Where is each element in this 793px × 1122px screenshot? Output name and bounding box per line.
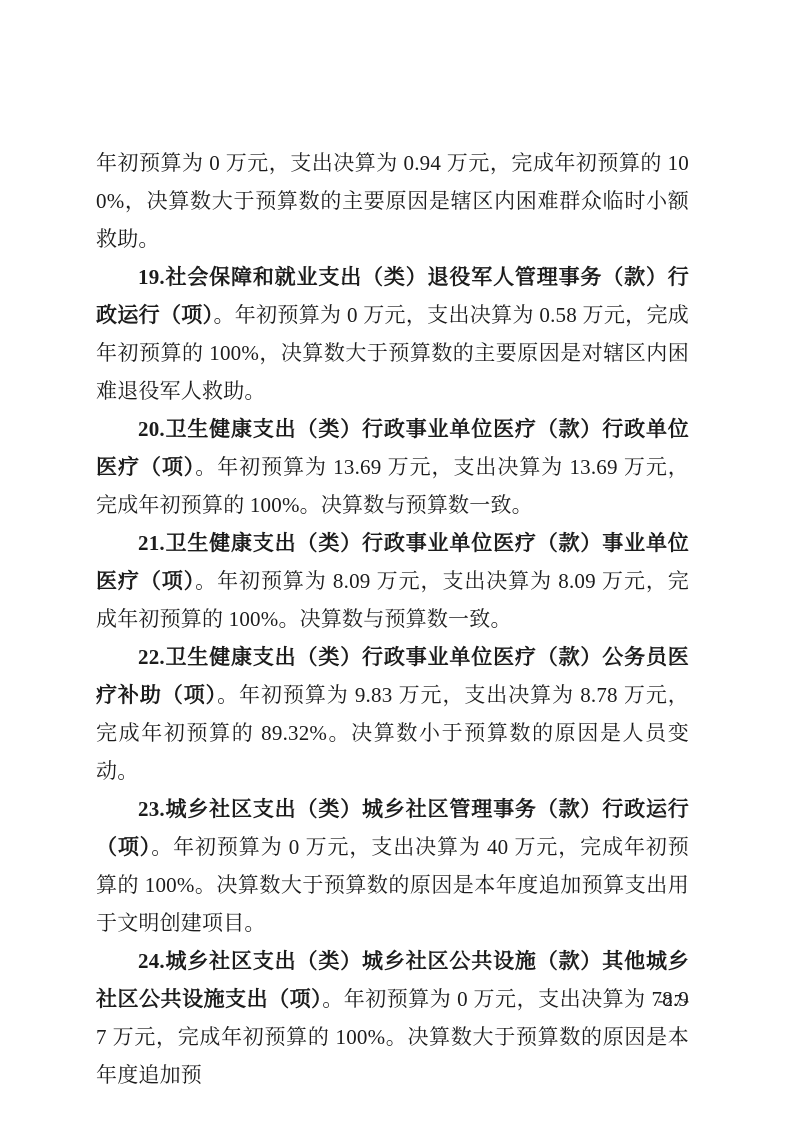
budget-item-23-body: 。年初预算为 0 万元，支出决算为 40 万元，完成年初预算的 100%。决算数… — [96, 835, 689, 935]
paragraph-continuation: 年初预算为 0 万元，支出决算为 0.94 万元，完成年初预算的 100%，决算… — [96, 144, 689, 258]
budget-item-20: 20.卫生健康支出（类）行政事业单位医疗（款）行政单位医疗（项）。年初预算为 1… — [96, 410, 689, 524]
budget-item-24: 24.城乡社区支出（类）城乡社区公共设施（款）其他城乡社区公共设施支出（项）。年… — [96, 942, 689, 1094]
budget-item-21: 21.卫生健康支出（类）行政事业单位医疗（款）事业单位医疗（项）。年初预算为 8… — [96, 524, 689, 638]
page-number: -27- — [658, 991, 690, 1011]
document-page: 年初预算为 0 万元，支出决算为 0.94 万元，完成年初预算的 100%，决算… — [0, 0, 793, 1122]
budget-item-19: 19.社会保障和就业支出（类）退役军人管理事务（款）行政运行（项）。年初预算为 … — [96, 258, 689, 410]
budget-item-22: 22.卫生健康支出（类）行政事业单位医疗（款）公务员医疗补助（项）。年初预算为 … — [96, 638, 689, 790]
paragraph-text: 年初预算为 0 万元，支出决算为 0.94 万元，完成年初预算的 100%，决算… — [96, 151, 689, 251]
budget-item-23: 23.城乡社区支出（类）城乡社区管理事务（款）行政运行（项）。年初预算为 0 万… — [96, 790, 689, 942]
document-body: 年初预算为 0 万元，支出决算为 0.94 万元，完成年初预算的 100%，决算… — [96, 144, 689, 1094]
